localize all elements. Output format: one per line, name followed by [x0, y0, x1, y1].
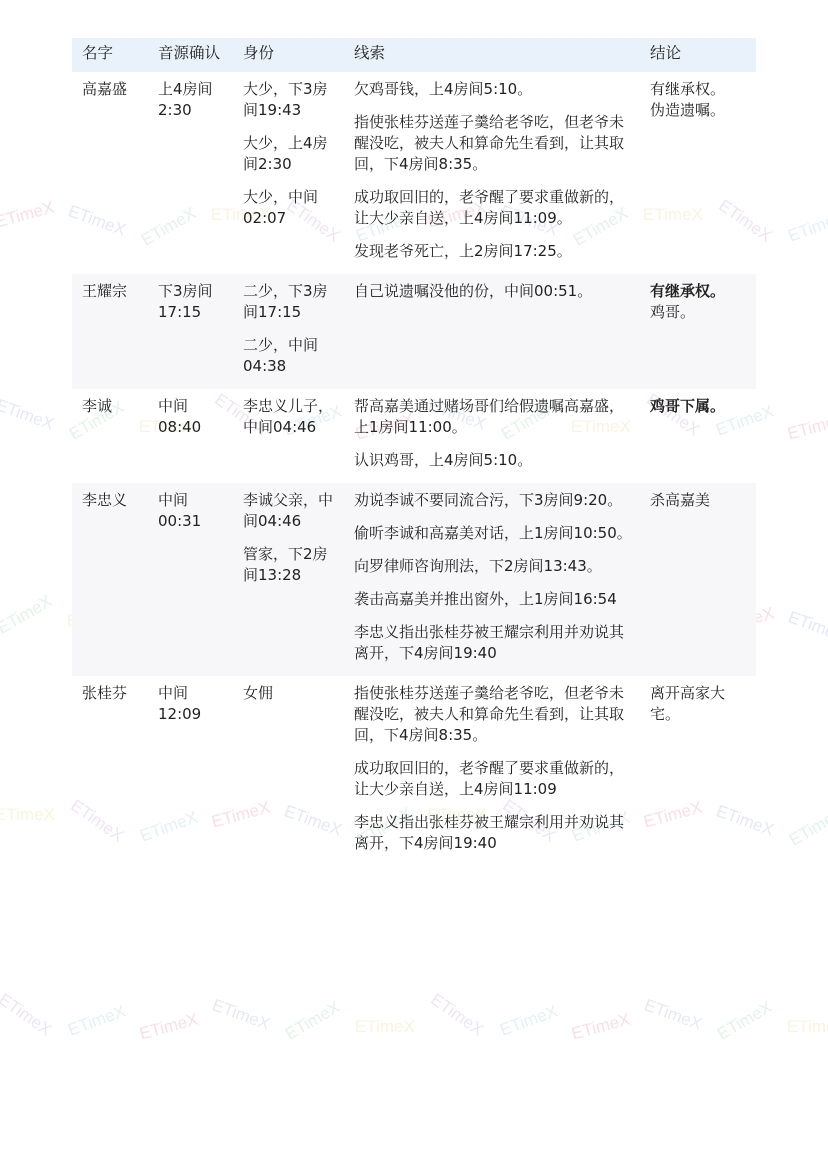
conclusion-line: 有继承权。: [650, 79, 750, 100]
identity-entry: 大少，上4房间2:30: [243, 133, 338, 175]
watermark-text: ETimeX: [65, 1001, 128, 1040]
watermark-text: ETimeX: [497, 1001, 560, 1040]
clue-entry: 发现老爷死亡，上2房间17:25。: [354, 241, 634, 262]
cell-conclusion: 杀高嘉美: [640, 483, 756, 676]
cell-source: 下3房间 17:15: [148, 274, 233, 389]
identity-entry: 李诚父亲，中间04:46: [243, 490, 338, 532]
cell-identity: 大少，下3房间19:43大少，上4房间2:30大少，中间02:07: [233, 72, 344, 274]
cell-clues: 指使张桂芬送莲子羹给老爷吃，但老爷未醒没吃，被夫人和算命先生看到，让其取回，下4…: [344, 676, 640, 866]
cell-clues: 欠鸡哥钱，上4房间5:10。指使张桂芬送莲子羹给老爷吃，但老爷未醒没吃，被夫人和…: [344, 72, 640, 274]
watermark-text: ETimeX: [0, 805, 55, 825]
clue-entry: 成功取回旧的，老爷醒了要求重做新的，让大少亲自送，上4房间11:09: [354, 758, 634, 800]
watermark-text: ETimeX: [714, 997, 776, 1044]
clue-table: 名字 音源确认 身份 线索 结论 高嘉盛上4房间 2:30大少，下3房间19:4…: [72, 38, 756, 866]
table-row: 李诚中间 08:40李忠义儿子，中间04:46帮高嘉美通过赌场哥们给假遗嘱高嘉盛…: [72, 389, 756, 483]
cell-identity: 女佣: [233, 676, 344, 866]
header-identity: 身份: [233, 38, 344, 72]
watermark-text: ETimeX: [785, 207, 828, 246]
header-conclusion: 结论: [640, 38, 756, 72]
watermark-text: ETimeX: [785, 410, 828, 445]
clue-entry: 认识鸡哥，上4房间5:10。: [354, 450, 634, 471]
identity-entry: 二少，下3房间17:15: [243, 281, 338, 323]
cell-name: 高嘉盛: [72, 72, 148, 274]
identity-entry: 大少，下3房间19:43: [243, 79, 338, 121]
watermark-text: ETimeX: [641, 995, 704, 1034]
cell-name: 李诚: [72, 389, 148, 483]
identity-entry: 大少，中间02:07: [243, 187, 338, 229]
conclusion-line: 鸡哥下属。: [650, 396, 750, 417]
watermark-text: ETimeX: [785, 607, 828, 646]
cell-name: 王耀宗: [72, 274, 148, 389]
identity-entry: 管家，下2房间13:28: [243, 544, 338, 586]
watermark-text: ETimeX: [786, 803, 828, 850]
clue-entry: 欠鸡哥钱，上4房间5:10。: [354, 79, 634, 100]
conclusion-line: 鸡哥。: [650, 302, 750, 323]
clue-entry: 帮高嘉美通过赌场哥们给假遗嘱高嘉盛，上1房间11:00。: [354, 396, 634, 438]
watermark-text: ETimeX: [787, 1017, 828, 1037]
clue-entry: 向罗律师咨询刑法，下2房间13:43。: [354, 556, 634, 577]
watermark-text: ETimeX: [137, 1010, 200, 1045]
identity-entry: 女佣: [243, 683, 338, 704]
conclusion-line: 伪造遗嘱。: [650, 100, 750, 121]
clue-entry: 李忠义指出张桂芬被王耀宗利用并劝说其离开，下4房间19:40: [354, 812, 634, 854]
watermark-text: ETimeX: [569, 1010, 632, 1045]
watermark-text: ETimeX: [0, 395, 56, 434]
cell-clues: 劝说李诚不要同流合污，下3房间9:20。偷听李诚和高嘉美对话，上1房间10:50…: [344, 483, 640, 676]
table-row: 李忠义中间 00:31李诚父亲，中间04:46管家，下2房间13:28劝说李诚不…: [72, 483, 756, 676]
header-name: 名字: [72, 38, 148, 72]
conclusion-line: 杀高嘉美: [650, 490, 750, 511]
watermark-text: ETimeX: [0, 591, 56, 638]
clue-entry: 李忠义指出张桂芬被王耀宗利用并劝说其离开，下4房间19:40: [354, 622, 634, 664]
clue-entry: 袭击高嘉美并推出窗外，上1房间16:54: [354, 589, 634, 610]
watermark-text: ETimeX: [0, 990, 55, 1041]
cell-source: 上4房间 2:30: [148, 72, 233, 274]
table-header-row: 名字 音源确认 身份 线索 结论: [72, 38, 756, 72]
cell-source: 中间 00:31: [148, 483, 233, 676]
clue-entry: 劝说李诚不要同流合污，下3房间9:20。: [354, 490, 634, 511]
table-row: 高嘉盛上4房间 2:30大少，下3房间19:43大少，上4房间2:30大少，中间…: [72, 72, 756, 274]
cell-identity: 李诚父亲，中间04:46管家，下2房间13:28: [233, 483, 344, 676]
header-clues: 线索: [344, 38, 640, 72]
cell-source: 中间 12:09: [148, 676, 233, 866]
conclusion-line: 离开高家大宅。: [650, 683, 750, 725]
clue-entry: 成功取回旧的，老爷醒了要求重做新的，让大少亲自送，上4房间11:09。: [354, 187, 634, 229]
cell-name: 李忠义: [72, 483, 148, 676]
table-row: 王耀宗下3房间 17:15二少，下3房间17:15二少，中间04:38自己说遗嘱…: [72, 274, 756, 389]
cell-conclusion: 鸡哥下属。: [640, 389, 756, 483]
cell-name: 张桂芬: [72, 676, 148, 866]
table-row: 张桂芬中间 12:09女佣指使张桂芬送莲子羹给老爷吃，但老爷未醒没吃，被夫人和算…: [72, 676, 756, 866]
identity-entry: 李忠义儿子，中间04:46: [243, 396, 338, 438]
clue-entry: 指使张桂芬送莲子羹给老爷吃，但老爷未醒没吃，被夫人和算命先生看到，让其取回，下4…: [354, 112, 634, 175]
cell-conclusion: 离开高家大宅。: [640, 676, 756, 866]
watermark-text: ETimeX: [427, 990, 487, 1041]
cell-identity: 二少，下3房间17:15二少，中间04:38: [233, 274, 344, 389]
watermark-text: ETimeX: [355, 1017, 415, 1037]
cell-conclusion: 有继承权。鸡哥。: [640, 274, 756, 389]
watermark-text: ETimeX: [282, 997, 344, 1044]
watermark-text: ETimeX: [209, 995, 272, 1034]
conclusion-line: 有继承权。: [650, 281, 750, 302]
header-source: 音源确认: [148, 38, 233, 72]
watermark-text: ETimeX: [0, 198, 56, 233]
cell-conclusion: 有继承权。伪造遗嘱。: [640, 72, 756, 274]
clue-entry: 自己说遗嘱没他的份，中间00:51。: [354, 281, 634, 302]
clue-entry: 偷听李诚和高嘉美对话，上1房间10:50。: [354, 523, 634, 544]
cell-identity: 李忠义儿子，中间04:46: [233, 389, 344, 483]
clue-entry: 指使张桂芬送莲子羹给老爷吃，但老爷未醒没吃，被夫人和算命先生看到，让其取回，下4…: [354, 683, 634, 746]
cell-clues: 自己说遗嘱没他的份，中间00:51。: [344, 274, 640, 389]
cell-source: 中间 08:40: [148, 389, 233, 483]
cell-clues: 帮高嘉美通过赌场哥们给假遗嘱高嘉盛，上1房间11:00。认识鸡哥，上4房间5:1…: [344, 389, 640, 483]
identity-entry: 二少，中间04:38: [243, 335, 338, 377]
